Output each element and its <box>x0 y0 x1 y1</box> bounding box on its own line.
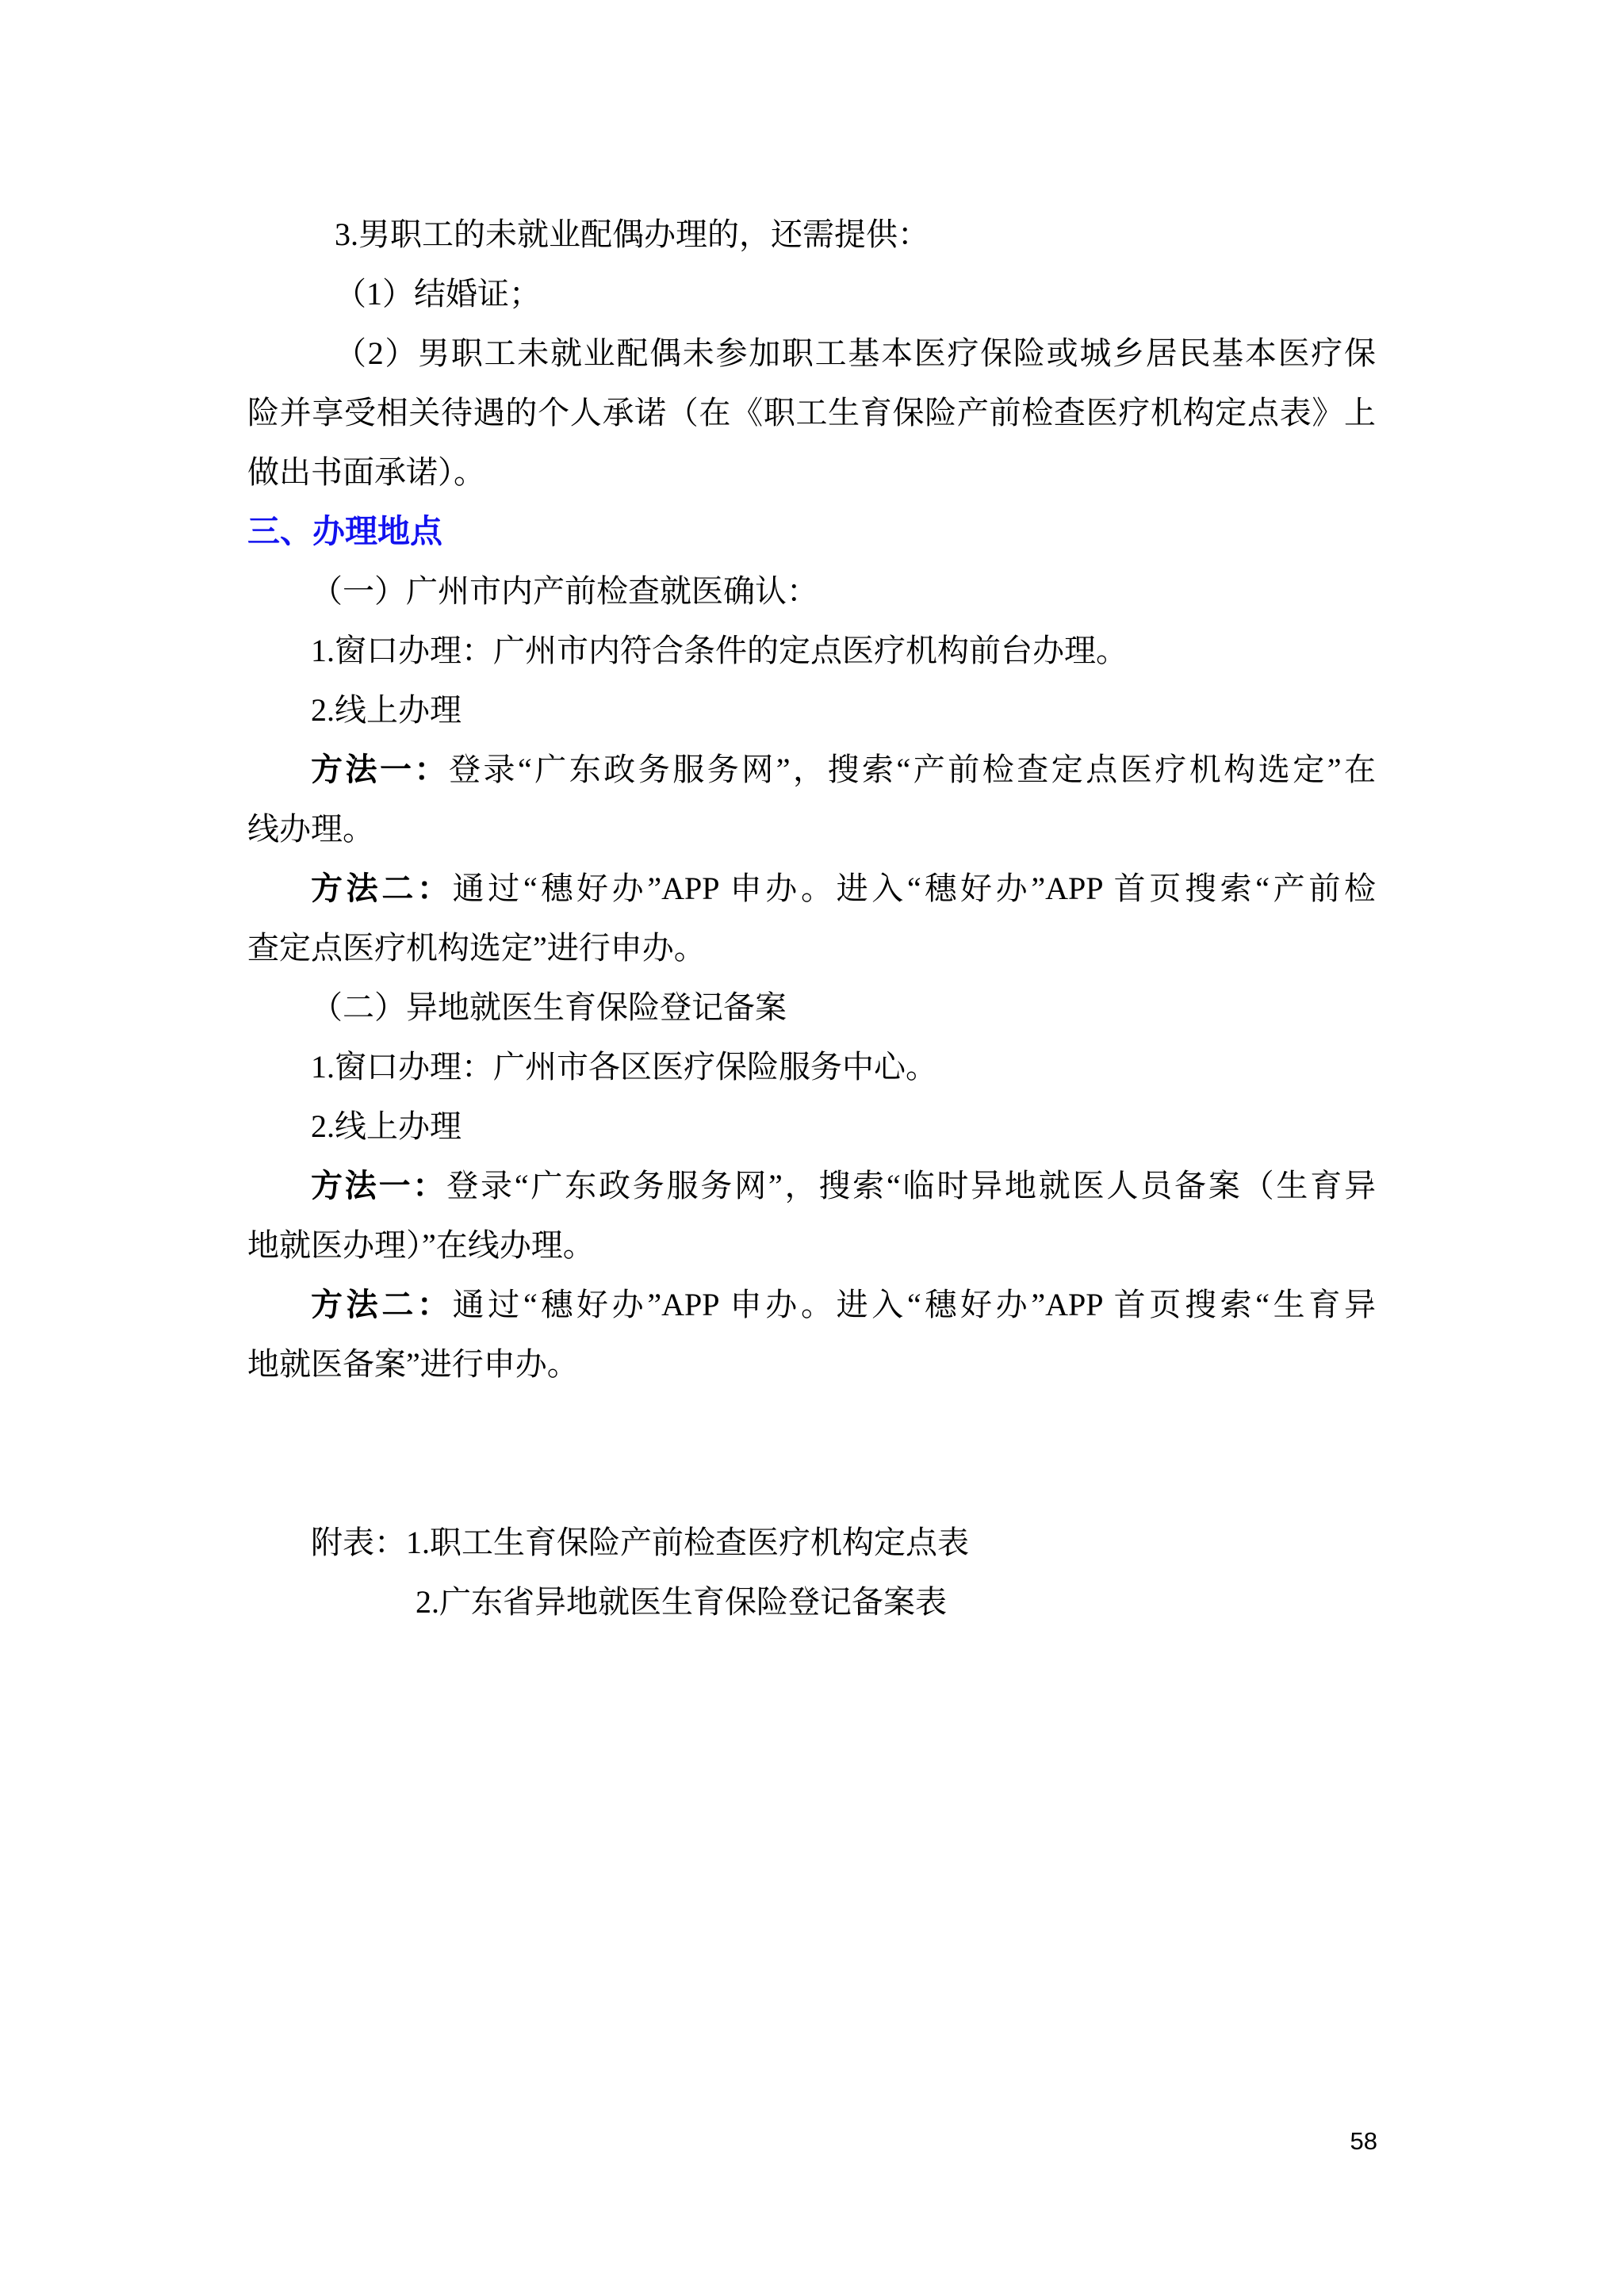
document-page: 3.男职工的未就业配偶办理的，还需提供： （1）结婚证； （2）男职工未就业配偶… <box>0 0 1624 2296</box>
text-line: 方法一：登录“广东政务服务网”，搜索“临时异地就医人员备案（生育异 <box>247 1156 1376 1215</box>
line-text: 地就医办理）”在线办理。 <box>247 1227 595 1263</box>
line-text: （二）异地就医生育保险登记备案 <box>311 989 787 1025</box>
line-text: 1.窗口办理：广州市各区医疗保险服务中心。 <box>311 1049 937 1085</box>
line-text: （一）广州市内产前检查就医确认： <box>311 573 818 609</box>
text-line: （二）异地就医生育保险登记备案 <box>247 978 1376 1037</box>
line-text: 线办理。 <box>247 811 374 847</box>
line-text: 通过“穗好办”APP 申办。进入“穗好办”APP 首页搜索“生育异 <box>453 1287 1376 1322</box>
text-line: （1）结婚证； <box>247 264 1376 323</box>
line-text: 登录“广东政务服务网”，搜索“临时异地就医人员备案（生育异 <box>446 1168 1376 1203</box>
line-text: 2.线上办理 <box>311 1108 462 1144</box>
line-text: 1.窗口办理：广州市内符合条件的定点医疗机构前台办理。 <box>311 633 1128 668</box>
line-text: 做出书面承诺）。 <box>247 454 485 490</box>
line-text: 附表：1.职工生育保险产前检查医疗机构定点表 <box>311 1525 969 1560</box>
line-text: 通过“穗好办”APP 申办。进入“穗好办”APP 首页搜索“产前检 <box>453 871 1376 906</box>
text-line: 2.线上办理 <box>247 680 1376 740</box>
line-text: 登录“广东政务服务网”，搜索“产前检查定点医疗机构选定”在 <box>449 752 1376 787</box>
method-label: 方法一： <box>311 752 449 787</box>
text-line: 方法二：通过“穗好办”APP 申办。进入“穗好办”APP 首页搜索“产前检 <box>247 859 1376 918</box>
text-line: 3.男职工的未就业配偶办理的，还需提供： <box>247 205 1376 264</box>
line-text: （2）男职工未就业配偶未参加职工基本医疗保险或城乡居民基本医疗保 <box>335 335 1376 371</box>
page-number: 58 <box>1350 2126 1377 2157</box>
text-line: （一）广州市内产前检查就医确认： <box>247 561 1376 621</box>
method-label: 方法二： <box>311 871 453 906</box>
line-text: 地就医备案”进行申办。 <box>247 1346 579 1382</box>
attachment-line: 2.广东省异地就医生育保险登记备案表 <box>247 1572 1376 1632</box>
text-line: 地就医办理）”在线办理。 <box>247 1215 1376 1275</box>
line-text: 2.线上办理 <box>311 692 462 728</box>
text-block: 3.男职工的未就业配偶办理的，还需提供： （1）结婚证； （2）男职工未就业配偶… <box>247 205 1376 1632</box>
text-line: 险并享受相关待遇的个人承诺（在《职工生育保险产前检查医疗机构定点表》上 <box>247 383 1376 442</box>
blank-line <box>247 1394 1376 1453</box>
text-line: 方法一：登录“广东政务服务网”，搜索“产前检查定点医疗机构选定”在 <box>247 740 1376 799</box>
line-text: 险并享受相关待遇的个人承诺（在《职工生育保险产前检查医疗机构定点表》上 <box>247 395 1376 430</box>
line-text: 2.广东省异地就医生育保险登记备案表 <box>416 1584 947 1620</box>
text-line: 做出书面承诺）。 <box>247 442 1376 502</box>
text-line: 2.线上办理 <box>247 1096 1376 1156</box>
text-line: 方法二：通过“穗好办”APP 申办。进入“穗好办”APP 首页搜索“生育异 <box>247 1275 1376 1334</box>
method-label: 方法一： <box>311 1168 446 1203</box>
section-heading-text: 三、办理地点 <box>247 513 442 549</box>
section-heading: 三、办理地点 <box>247 502 1376 561</box>
method-label: 方法二： <box>311 1287 453 1322</box>
text-line: （2）男职工未就业配偶未参加职工基本医疗保险或城乡居民基本医疗保 <box>247 323 1376 383</box>
line-text: （1）结婚证； <box>335 276 541 312</box>
blank-line <box>247 1453 1376 1513</box>
line-text: 3.男职工的未就业配偶办理的，还需提供： <box>335 216 929 252</box>
text-line: 1.窗口办理：广州市内符合条件的定点医疗机构前台办理。 <box>247 621 1376 680</box>
attachment-line: 附表：1.职工生育保险产前检查医疗机构定点表 <box>247 1513 1376 1572</box>
line-text: 查定点医疗机构选定”进行申办。 <box>247 930 706 966</box>
text-line: 查定点医疗机构选定”进行申办。 <box>247 918 1376 978</box>
text-line: 1.窗口办理：广州市各区医疗保险服务中心。 <box>247 1037 1376 1096</box>
text-line: 地就医备案”进行申办。 <box>247 1334 1376 1394</box>
text-line: 线办理。 <box>247 799 1376 859</box>
